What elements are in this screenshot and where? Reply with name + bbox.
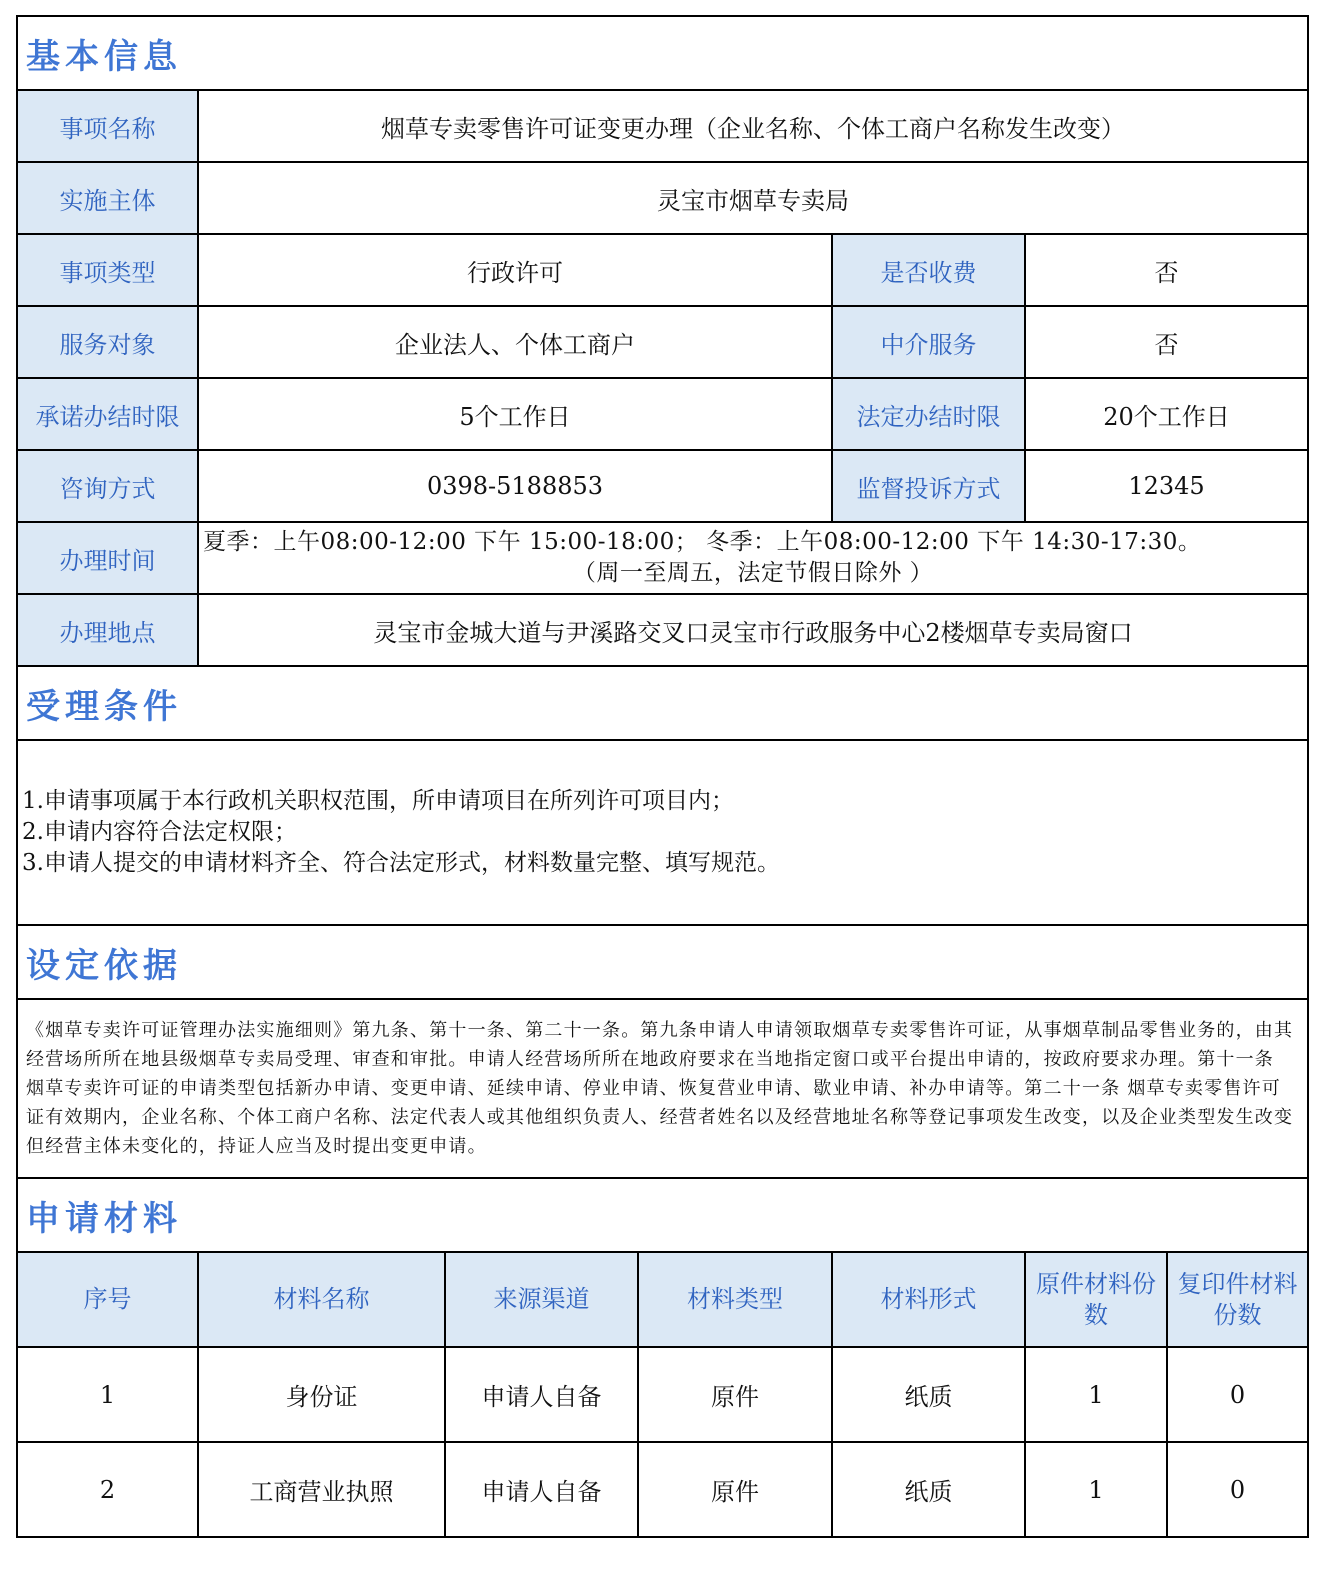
service-guide-sheet: 基本信息 事项名称 烟草专卖零售许可证变更办理（企业名称、个体工商户名称发生改变… xyxy=(16,15,1307,1538)
label-item-type: 事项类型 xyxy=(17,234,198,306)
header-material-form: 材料形式 xyxy=(832,1252,1025,1347)
condition-item: 2.申请内容符合法定权限； xyxy=(22,817,1307,848)
label-hours: 办理时间 xyxy=(17,522,198,594)
value-promised-limit: 5个工作日 xyxy=(198,378,832,450)
label-service-target: 服务对象 xyxy=(17,306,198,378)
condition-item: 1.申请事项属于本行政机关职权范围，所申请项目在所列许可项目内； xyxy=(22,786,1307,817)
value-complaint: 12345 xyxy=(1025,450,1308,522)
section-title-materials: 申请材料 xyxy=(17,1178,1308,1252)
section-title-basic-info: 基本信息 xyxy=(17,16,1308,90)
label-promised-limit: 承诺办结时限 xyxy=(17,378,198,450)
table-row: 1 身份证 申请人自备 原件 纸质 1 0 xyxy=(17,1347,1308,1442)
hours-line-1: 夏季：上午08:00-12:00 下午 15:00-18:00； 冬季：上午08… xyxy=(199,527,1307,558)
header-material-name: 材料名称 xyxy=(198,1252,445,1347)
basic-info-table: 基本信息 事项名称 烟草专卖零售许可证变更办理（企业名称、个体工商户名称发生改变… xyxy=(16,15,1309,1253)
materials-table: 序号 材料名称 来源渠道 材料类型 材料形式 原件材料份数 复印件材料份数 1 … xyxy=(16,1251,1309,1538)
label-consult: 咨询方式 xyxy=(17,450,198,522)
label-complaint: 监督投诉方式 xyxy=(832,450,1025,522)
condition-item: 3.申请人提交的申请材料齐全、符合法定形式，材料数量完整、填写规范。 xyxy=(22,848,1307,879)
label-item-name: 事项名称 xyxy=(17,90,198,162)
value-implementer: 灵宝市烟草专卖局 xyxy=(198,162,1308,234)
table-row: 2 工商营业执照 申请人自备 原件 纸质 1 0 xyxy=(17,1442,1308,1537)
value-intermediary: 否 xyxy=(1025,306,1308,378)
cell-material-name: 身份证 xyxy=(198,1347,445,1442)
header-copy-count: 复印件材料份数 xyxy=(1167,1252,1308,1347)
value-hours: 夏季：上午08:00-12:00 下午 15:00-18:00； 冬季：上午08… xyxy=(198,522,1308,594)
header-material-type: 材料类型 xyxy=(638,1252,832,1347)
cell-seq: 1 xyxy=(17,1347,198,1442)
cell-source: 申请人自备 xyxy=(445,1347,638,1442)
value-service-target: 企业法人、个体工商户 xyxy=(198,306,832,378)
header-original-count: 原件材料份数 xyxy=(1025,1252,1167,1347)
value-item-type: 行政许可 xyxy=(198,234,832,306)
value-item-name: 烟草专卖零售许可证变更办理（企业名称、个体工商户名称发生改变） xyxy=(198,90,1308,162)
cell-material-form: 纸质 xyxy=(832,1442,1025,1537)
value-location: 灵宝市金城大道与尹溪路交叉口灵宝市行政服务中心2楼烟草专卖局窗口 xyxy=(198,594,1308,666)
cell-copy-count: 0 xyxy=(1167,1347,1308,1442)
cell-copy-count: 0 xyxy=(1167,1442,1308,1537)
header-source: 来源渠道 xyxy=(445,1252,638,1347)
cell-original-count: 1 xyxy=(1025,1442,1167,1537)
label-location: 办理地点 xyxy=(17,594,198,666)
cell-material-type: 原件 xyxy=(638,1442,832,1537)
cell-material-form: 纸质 xyxy=(832,1347,1025,1442)
conditions-list: 1.申请事项属于本行政机关职权范围，所申请项目在所列许可项目内； 2.申请内容符… xyxy=(17,740,1308,925)
hours-line-2: （周一至周五，法定节假日除外 ） xyxy=(199,558,1307,589)
cell-seq: 2 xyxy=(17,1442,198,1537)
cell-material-type: 原件 xyxy=(638,1347,832,1442)
value-consult: 0398-5188853 xyxy=(198,450,832,522)
label-implementer: 实施主体 xyxy=(17,162,198,234)
value-legal-limit: 20个工作日 xyxy=(1025,378,1308,450)
cell-source: 申请人自备 xyxy=(445,1442,638,1537)
value-fee: 否 xyxy=(1025,234,1308,306)
materials-header-row: 序号 材料名称 来源渠道 材料类型 材料形式 原件材料份数 复印件材料份数 xyxy=(17,1252,1308,1347)
cell-material-name: 工商营业执照 xyxy=(198,1442,445,1537)
header-seq: 序号 xyxy=(17,1252,198,1347)
label-intermediary: 中介服务 xyxy=(832,306,1025,378)
label-fee: 是否收费 xyxy=(832,234,1025,306)
section-title-conditions: 受理条件 xyxy=(17,666,1308,740)
label-legal-limit: 法定办结时限 xyxy=(832,378,1025,450)
section-title-basis: 设定依据 xyxy=(17,925,1308,999)
basis-text: 《烟草专卖许可证管理办法实施细则》第九条、第十一条、第二十一条。第九条申请人申请… xyxy=(17,999,1308,1178)
cell-original-count: 1 xyxy=(1025,1347,1167,1442)
